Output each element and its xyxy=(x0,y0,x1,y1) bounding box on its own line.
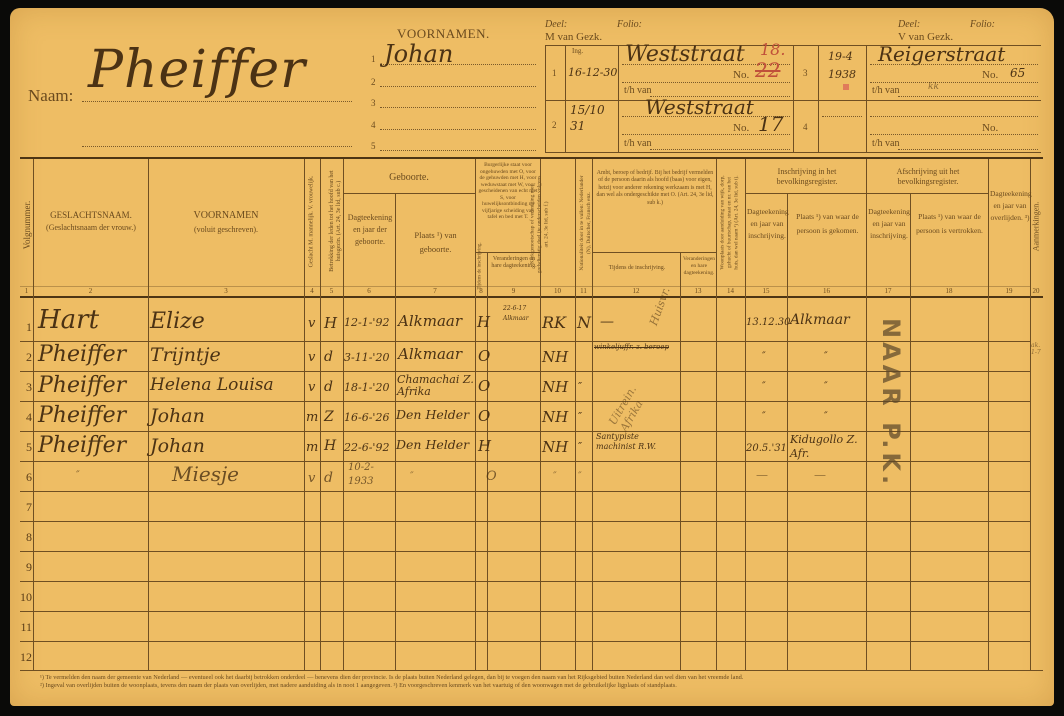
naar-pk-stamp: NAAR P.K. xyxy=(877,318,905,488)
col-rule xyxy=(716,159,717,670)
subheader-rule xyxy=(745,193,988,194)
table-bottom-rule xyxy=(20,670,1043,671)
col-afschrijving-datum: Dagteekening en jaar van inschrijving. xyxy=(868,206,910,242)
cell-nationality: ″ xyxy=(578,440,582,453)
addr-line xyxy=(650,149,790,150)
naam-label: Naam: xyxy=(28,86,73,106)
cell-profession: — xyxy=(600,314,614,330)
addr-vrule xyxy=(793,45,794,152)
col-rule xyxy=(988,159,989,670)
addr-line xyxy=(822,116,862,117)
row-number: 10 xyxy=(20,590,32,605)
row-rule xyxy=(20,581,1030,582)
cell-birthdate: 18-1-'20 xyxy=(344,381,389,394)
cell-nationality: ″ xyxy=(578,380,582,393)
row-number: 1 xyxy=(20,320,32,335)
addr-street: Reigerstraat xyxy=(878,42,1005,66)
row-rule xyxy=(20,641,1030,642)
col-aanmerkingen: Aanmerkingen. xyxy=(1032,197,1041,257)
cell-birthdate: 10-2-1933 xyxy=(348,461,390,489)
addr-date: 15/10 31 xyxy=(570,102,610,134)
cell-church: RK xyxy=(542,313,566,332)
col-inschrijving-datum: Dagteekening en jaar van inschrijving. xyxy=(747,206,787,242)
col-inschrijving: Inschrijving in het bevolkingsregister. xyxy=(748,167,866,187)
column-number: 14 xyxy=(716,287,745,295)
voornaam-num: 3 xyxy=(371,98,376,108)
column-number: 13 xyxy=(680,287,716,295)
row-number: 3 xyxy=(20,380,32,395)
voornaam-num: 5 xyxy=(371,141,376,151)
cell-given: Helena Louisa xyxy=(150,375,274,395)
col-rule xyxy=(575,159,576,670)
gezk-label-m: M van Gezk. xyxy=(545,31,602,43)
no-label: No. xyxy=(733,69,749,81)
house-number: 65 xyxy=(1010,66,1025,80)
col-betrekking: Betrekking der leden tot het hoofd van h… xyxy=(329,166,343,276)
cell-registration-date: 13.12.30 xyxy=(746,317,791,328)
folio-label-right: Folio: xyxy=(970,19,995,30)
voornaam-line xyxy=(380,150,536,151)
col-rule xyxy=(320,159,321,670)
cell-birthplace: ″ xyxy=(410,471,414,482)
cell-surname: Pheiffer xyxy=(38,373,126,398)
column-number: 4 xyxy=(304,287,320,295)
cell-registration-place: ″ xyxy=(824,381,828,392)
th-value: kk xyxy=(928,82,939,92)
footnote-2: ²) Ingeval van overlijden buiten de woon… xyxy=(40,682,677,689)
cell-registration-place: Kidugollo Z. Afr. xyxy=(790,433,866,461)
col-geboorte-datum: Dagteekening en jaar der geboorte. xyxy=(346,212,394,248)
col-inschrijving-plaats: Plaats ¹) van waar de persoon is gekomen… xyxy=(790,210,865,238)
subheader-rule xyxy=(592,252,716,253)
cell-registration-date: 20.5.'31 xyxy=(746,443,787,454)
col-afschrijving-plaats: Plaats ¹) van waar de persoon is vertrok… xyxy=(912,210,987,238)
house-number-old: 22 xyxy=(755,58,780,82)
cell-given: Miesje xyxy=(172,462,239,486)
voornaam-num: 4 xyxy=(371,120,376,130)
cell-sex: v xyxy=(308,380,315,395)
row-rule xyxy=(20,491,1030,492)
voornaam-line xyxy=(380,86,536,87)
addr-rule xyxy=(793,152,1041,153)
cell-registration-place: ″ xyxy=(824,351,828,362)
cell-church: NH xyxy=(542,438,568,456)
row-number: 4 xyxy=(20,410,32,425)
voornaam-line xyxy=(380,107,536,108)
addr-line xyxy=(870,64,1038,65)
no-label: No. xyxy=(982,69,998,81)
column-number: 7 xyxy=(395,287,475,295)
cell-nationality: ″ xyxy=(578,471,582,482)
addr-line xyxy=(622,134,790,135)
row-number: 12 xyxy=(20,650,32,665)
col-burgerlijk-tijdens: Tijdens de inschrijving. xyxy=(477,250,484,290)
addr-line xyxy=(870,134,1038,135)
no-label: No. xyxy=(733,122,749,134)
cell-nationality: ″ xyxy=(578,410,582,423)
col-kerkgenootschap: Kerkgenootschap of vereniging met godsdi… xyxy=(530,175,551,275)
column-number: 6 xyxy=(343,287,395,295)
cell-civil-status: O xyxy=(486,469,497,484)
column-number: 16 xyxy=(787,287,866,295)
cell-birthplace: Alkmaar xyxy=(398,312,462,330)
row-number: 8 xyxy=(20,530,32,545)
cell-surname: Pheiffer xyxy=(38,433,126,458)
addr-vrule xyxy=(866,45,867,152)
cell-civil-change: 22-6-17 Alkmaar xyxy=(503,304,541,324)
no-label: No. xyxy=(982,122,998,134)
col-overlijden: Dagteekening en jaar van overlijden. ³) xyxy=(990,188,1030,224)
col-afschrijving: Afschrijving uit het bevolkingsregister. xyxy=(868,167,988,187)
col-geslachtsnaam: GESLACHTSNAAM. xyxy=(36,210,146,220)
header-bottom-rule xyxy=(20,296,1043,298)
cell-registration-place: ″ xyxy=(824,411,828,422)
col-geslacht: Geslacht M. mannelijk. V. vrouwelijk. xyxy=(309,172,316,272)
red-mark-icon xyxy=(843,84,849,90)
cell-relation: d xyxy=(324,349,333,365)
cell-given: Trijntje xyxy=(150,344,221,366)
cell-registration-place: — xyxy=(814,468,826,482)
cell-relation: d xyxy=(324,470,333,486)
cell-relation: H xyxy=(324,438,336,454)
th-label: t/h van xyxy=(872,85,900,96)
row-rule xyxy=(20,611,1030,612)
cell-birthdate: 16-6-'26 xyxy=(344,411,389,424)
addr-row-num: 1 xyxy=(552,68,557,78)
cell-relation: H xyxy=(324,314,337,332)
column-number: 17 xyxy=(866,287,910,295)
naam-line-2 xyxy=(82,146,352,147)
column-number: 20 xyxy=(1030,287,1042,295)
column-number: 3 xyxy=(148,287,304,295)
addr-vrule xyxy=(618,45,619,152)
addr-rule xyxy=(545,152,793,153)
house-number-new: 18. xyxy=(760,40,785,59)
cell-given: Johan xyxy=(150,435,205,457)
cell-civil-status: O xyxy=(478,347,490,365)
cell-relation: Z xyxy=(324,409,334,425)
cell-sex: m xyxy=(306,410,318,425)
col-rule xyxy=(33,159,34,670)
col-geboorte-plaats: Plaats ¹) van geboorte. xyxy=(398,228,473,256)
cell-note: ak. 1-7 xyxy=(1031,342,1043,356)
column-number: 11 xyxy=(575,287,592,295)
cell-surname: Pheiffer xyxy=(38,342,126,367)
cell-church: NH xyxy=(542,378,568,396)
cell-civil-status: O xyxy=(478,407,490,425)
col-volgnummer: Volgnummer. xyxy=(22,190,32,260)
cell-birthplace: Alkmaar xyxy=(398,345,462,363)
column-number: 5 xyxy=(320,287,343,295)
col-voornamen-sub: (voluit geschreven). xyxy=(150,225,302,234)
column-number: 2 xyxy=(33,287,148,295)
column-number: 10 xyxy=(540,287,575,295)
column-number: 1 xyxy=(20,287,33,295)
addr-row-num: 3 xyxy=(803,68,808,78)
addr-line xyxy=(898,149,1038,150)
cell-surname: Pheiffer xyxy=(38,403,126,428)
cell-registration-date: ″ xyxy=(762,411,766,422)
addr-vrule xyxy=(818,45,819,152)
col-rule xyxy=(745,159,746,670)
cell-registration-date: ″ xyxy=(762,351,766,362)
footnote-1: ¹) Te vermelden den naam der gemeente va… xyxy=(40,674,743,681)
addr-line xyxy=(870,82,1038,83)
column-number: 15 xyxy=(745,287,787,295)
column-number: 8 xyxy=(475,287,487,295)
col-beroep-veranderingen: Veranderingen en hare dagteekening. xyxy=(682,256,716,277)
th-label: t/h van xyxy=(872,138,900,149)
column-number: 18 xyxy=(910,287,988,295)
cell-sex: v xyxy=(308,350,315,365)
addr-date: 16-12-30 xyxy=(568,66,617,79)
deel-label: Deel: xyxy=(545,19,567,30)
col-rule xyxy=(148,159,149,670)
addr-date: 19-4 1938 xyxy=(828,48,864,84)
cell-birthplace: Chamachai Z. Afrika xyxy=(397,374,475,398)
cell-church: NH xyxy=(542,348,568,366)
voornaam-num: 2 xyxy=(371,77,376,87)
th-label: t/h van xyxy=(624,138,652,149)
addr-rule xyxy=(793,100,1041,101)
cell-church: NH xyxy=(542,408,568,426)
ing-label: Ing. xyxy=(572,47,583,55)
addr-row-num: 2 xyxy=(552,120,557,130)
naam-line xyxy=(82,101,352,102)
cell-birthdate: 22-6-'92 xyxy=(344,441,389,454)
folio-label: Folio: xyxy=(617,19,642,30)
row-number: 6 xyxy=(20,470,32,485)
addr-line xyxy=(622,82,790,83)
cell-sex: v xyxy=(308,316,315,331)
row-number: 11 xyxy=(20,620,32,635)
column-number: 19 xyxy=(988,287,1030,295)
addr-vrule xyxy=(545,45,546,152)
house-number: 17 xyxy=(758,112,783,136)
cell-birthdate: 12-1-'92 xyxy=(344,316,389,329)
col-geslachtsnaam-sub: (Geslachtsnaam der vrouw.) xyxy=(46,222,136,233)
cell-birthplace: Den Helder xyxy=(396,407,469,422)
cell-sex: m xyxy=(306,440,318,455)
voornaam-num: 1 xyxy=(371,54,376,64)
addr-vrule xyxy=(565,45,566,152)
cell-registration-date: — xyxy=(756,468,768,482)
cell-birthdate: 3-11-'20 xyxy=(344,351,389,364)
cell-civil-status: H xyxy=(478,437,491,455)
addr-line xyxy=(870,116,1038,117)
col-rule xyxy=(304,159,305,670)
col-rule xyxy=(475,159,476,670)
row-rule xyxy=(20,521,1030,522)
col-geboorte: Geboorte. xyxy=(343,172,475,183)
cell-surname: ″ xyxy=(76,470,80,481)
col-nationaliteit: Nationaliteit door in te vullen: Nederla… xyxy=(579,173,593,273)
cell-church: ″ xyxy=(553,471,557,482)
cell-registration-date: ″ xyxy=(762,381,766,392)
row-number: 5 xyxy=(20,440,32,455)
cell-surname: Hart xyxy=(38,305,99,335)
subheader-rule xyxy=(343,193,475,194)
cell-given: Johan xyxy=(150,405,205,427)
cell-profession: winkeljuffr. z. beroep xyxy=(594,343,678,352)
col-beroep-tijdens: Tijdens de inschrijving. xyxy=(594,265,680,272)
col-rule xyxy=(866,159,867,670)
col-voornamen: VOORNAMEN xyxy=(150,210,302,221)
cell-relation: d xyxy=(324,379,333,395)
cell-civil-status: O xyxy=(478,377,490,395)
addr-row-num: 4 xyxy=(803,122,808,132)
addr-line xyxy=(898,96,1038,97)
cell-civil-status: H xyxy=(477,313,490,331)
cell-birthplace: Den Helder xyxy=(396,437,469,452)
row-rule xyxy=(20,551,1030,552)
table-top-rule xyxy=(20,157,1043,159)
col-beroep: Ambt, beroep of bedrijf. Bij het bedrijf… xyxy=(596,170,714,207)
cell-profession: Santypiste machinist R.W. xyxy=(596,432,678,452)
voornaam-line xyxy=(380,129,536,130)
voornaam-1: Johan xyxy=(384,40,453,68)
col-woonplaats: Woonplaats door aanduiding van wijk, dor… xyxy=(720,173,741,273)
cell-sex: v xyxy=(308,471,315,486)
surname-handwritten: Pheiffer xyxy=(88,40,306,100)
column-number: 9 xyxy=(487,287,540,295)
cell-registration-place: Alkmaar xyxy=(790,312,850,328)
cell-given: Elize xyxy=(150,309,205,334)
deel-label-right: Deel: xyxy=(898,19,920,30)
row-number: 9 xyxy=(20,560,32,575)
row-number: 7 xyxy=(20,500,32,515)
row-number: 2 xyxy=(20,350,32,365)
cell-nationality: N xyxy=(577,313,591,332)
